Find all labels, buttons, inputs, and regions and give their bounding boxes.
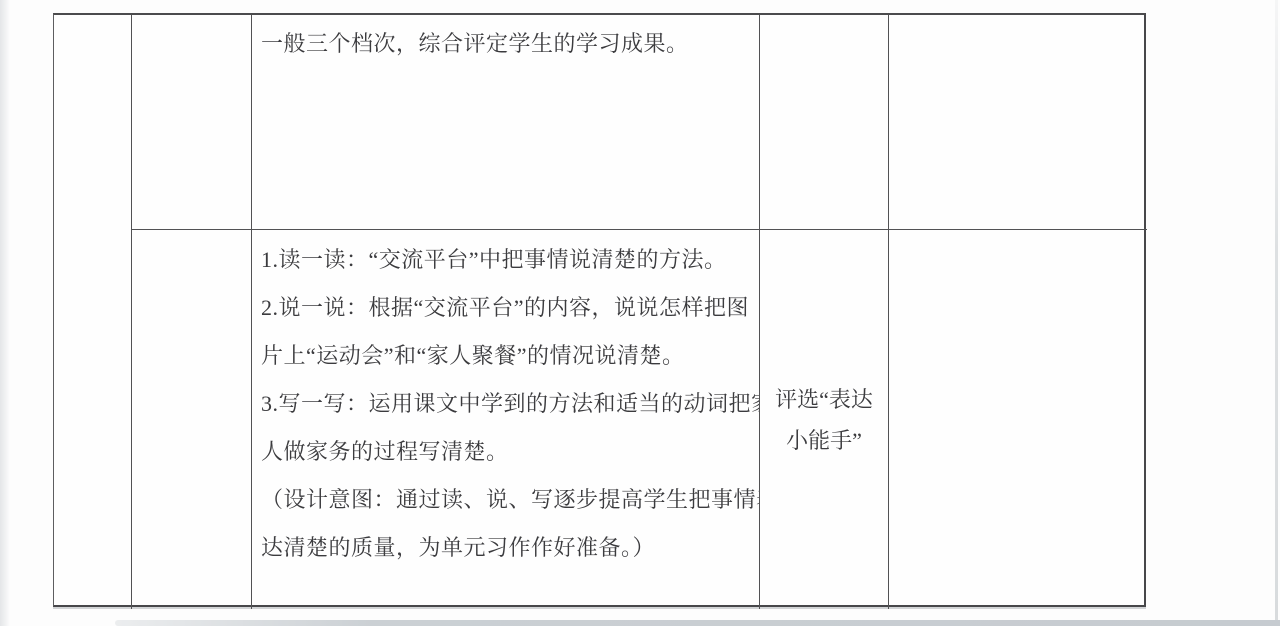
activity-line-5: 人做家务的过程写清楚。 [261, 428, 753, 476]
evaluation-cell: 评选“表达 小能手” [760, 230, 889, 609]
photo-left-edge [0, 0, 10, 626]
activity-line-4: 3.写一写：运用课文中学到的方法和适当的动词把家 [261, 380, 753, 428]
summary-cell: 一般三个档次，综合评定学生的学习成果。 [252, 15, 760, 230]
col2-row2-cell [132, 230, 252, 609]
col4-row1-cell [760, 15, 889, 230]
photo-right-edge [1275, 0, 1278, 626]
activity-line-1: 1.读一读：“交流平台”中把事情说清楚的方法。 [261, 236, 753, 284]
col5-row1-cell [889, 15, 1147, 230]
col2-row1-cell [132, 15, 252, 230]
activity-line-2: 2.说一说：根据“交流平台”的内容，说说怎样把图 [261, 284, 753, 332]
col5-row2-cell [889, 230, 1147, 609]
activity-line-7: 达清楚的质量，为单元习作作好准备。） [261, 524, 753, 572]
activities-cell: 1.读一读：“交流平台”中把事情说清楚的方法。 2.说一说：根据“交流平台”的内… [252, 230, 760, 609]
activity-line-6: （设计意图：通过读、说、写逐步提高学生把事情表 [261, 476, 753, 524]
merged-left-column-cell [54, 15, 132, 609]
activity-line-3: 片上“运动会”和“家人聚餐”的情况说清楚。 [261, 332, 753, 380]
lesson-plan-table: 一般三个档次，综合评定学生的学习成果。 1.读一读：“交流平台”中把事情说清楚的… [53, 13, 1146, 607]
next-page-edge-strip [115, 620, 1280, 626]
summary-text: 一般三个档次，综合评定学生的学习成果。 [261, 28, 753, 60]
evaluation-line-1: 评选“表达 [775, 379, 873, 420]
evaluation-line-2: 小能手” [786, 420, 862, 461]
